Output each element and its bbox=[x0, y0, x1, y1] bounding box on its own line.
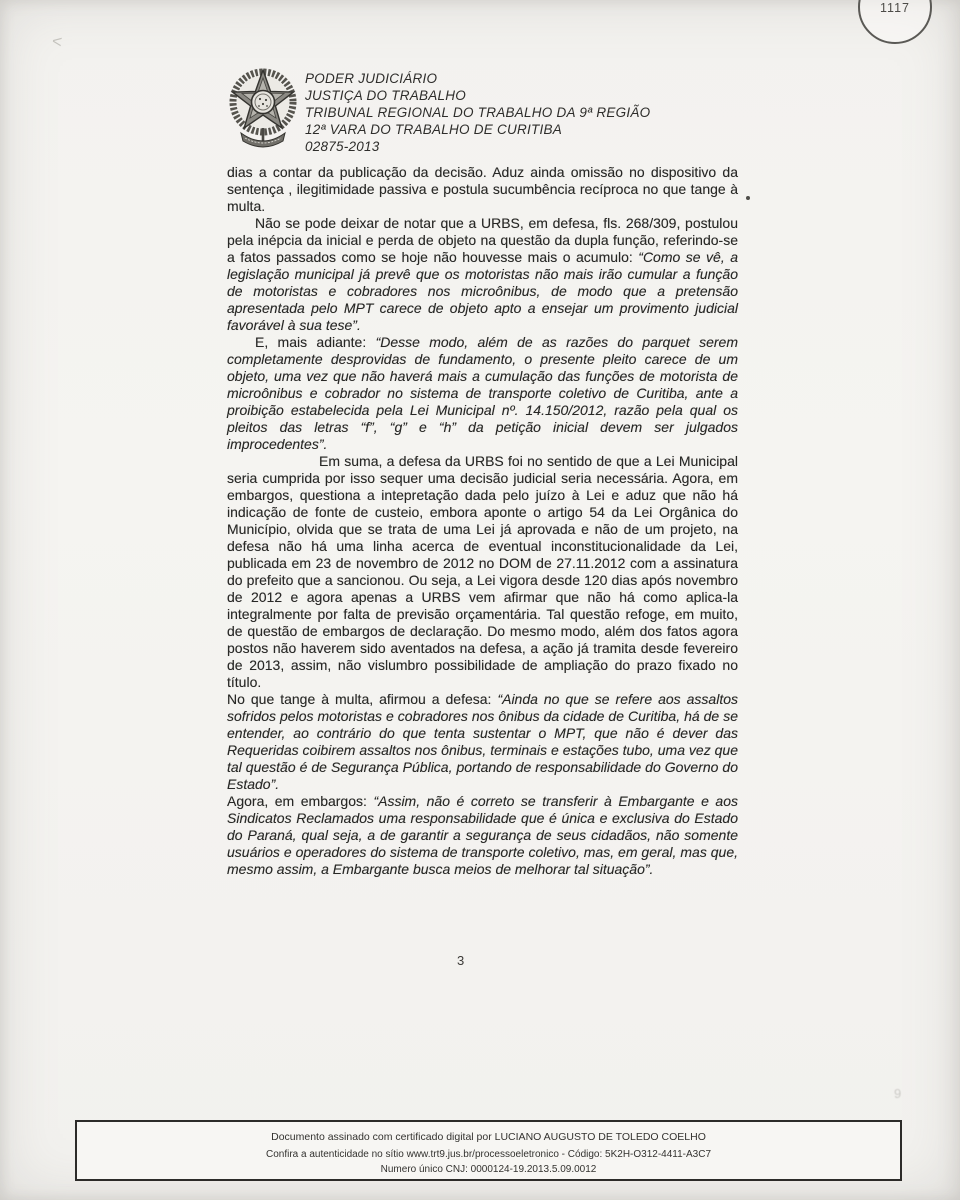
scan-artifact-smudge: 9 bbox=[894, 1086, 901, 1101]
paragraph-1-text: dias a contar da publicação da decisão. … bbox=[227, 164, 738, 214]
paragraph-6-text: Agora, em embargos: bbox=[227, 793, 373, 809]
paragraph-3: E, mais adiante: “Desse modo, além de as… bbox=[227, 334, 738, 453]
header-line-tribunal-regional: TRIBUNAL REGIONAL DO TRABALHO DA 9ª REGI… bbox=[305, 105, 650, 122]
header-line-case-number: 02875-2013 bbox=[305, 139, 650, 156]
page-number: 3 bbox=[457, 953, 464, 968]
signature-statement: Documento assinado com certificado digit… bbox=[77, 1131, 900, 1143]
scan-artifact-squiggle: < bbox=[51, 31, 64, 52]
paragraph-5-text: No que tange à multa, afirmou a defesa: bbox=[227, 691, 497, 707]
signature-box: Documento assinado com certificado digit… bbox=[75, 1120, 902, 1181]
paragraph-5: No que tange à multa, afirmou a defesa: … bbox=[227, 691, 738, 793]
cnj-number: Numero único CNJ: 0000124-19.2013.5.09.0… bbox=[77, 1164, 900, 1175]
paragraph-1: dias a contar da publicação da decisão. … bbox=[227, 164, 738, 215]
document-body: dias a contar da publicação da decisão. … bbox=[227, 164, 738, 878]
paragraph-4: Em suma, a defesa da URBS foi no sentido… bbox=[227, 453, 738, 691]
sheet-number-stamp: 1117 bbox=[858, 0, 932, 44]
paragraph-4-text: Em suma, a defesa da URBS foi no sentido… bbox=[227, 453, 738, 690]
header-line-poder-judiciario: PODER JUDICIÁRIO bbox=[305, 71, 650, 88]
brazil-coat-of-arms-icon bbox=[227, 66, 299, 150]
paragraph-2: Não se pode deixar de notar que a URBS, … bbox=[227, 215, 738, 334]
paragraph-3-text: E, mais adiante: bbox=[255, 334, 376, 350]
header-line-justica-do-trabalho: JUSTIÇA DO TRABALHO bbox=[305, 88, 650, 105]
scanned-document-page: 1117 < 9 PODER JUDICIÁRIO JUSTIÇA DO TRA… bbox=[0, 0, 960, 1200]
authenticity-link: Confira a autenticidade no sítio www.trt… bbox=[77, 1149, 900, 1160]
sheet-number: 1117 bbox=[880, 1, 910, 15]
paragraph-3-quote: “Desse modo, além de as razões do parque… bbox=[227, 334, 738, 452]
paragraph-6: Agora, em embargos: “Assim, não é corret… bbox=[227, 793, 738, 878]
header-line-vara: 12ª VARA DO TRABALHO DE CURITIBA bbox=[305, 122, 650, 139]
scan-artifact-dot bbox=[746, 196, 750, 200]
court-header: PODER JUDICIÁRIO JUSTIÇA DO TRABALHO TRI… bbox=[305, 71, 650, 156]
